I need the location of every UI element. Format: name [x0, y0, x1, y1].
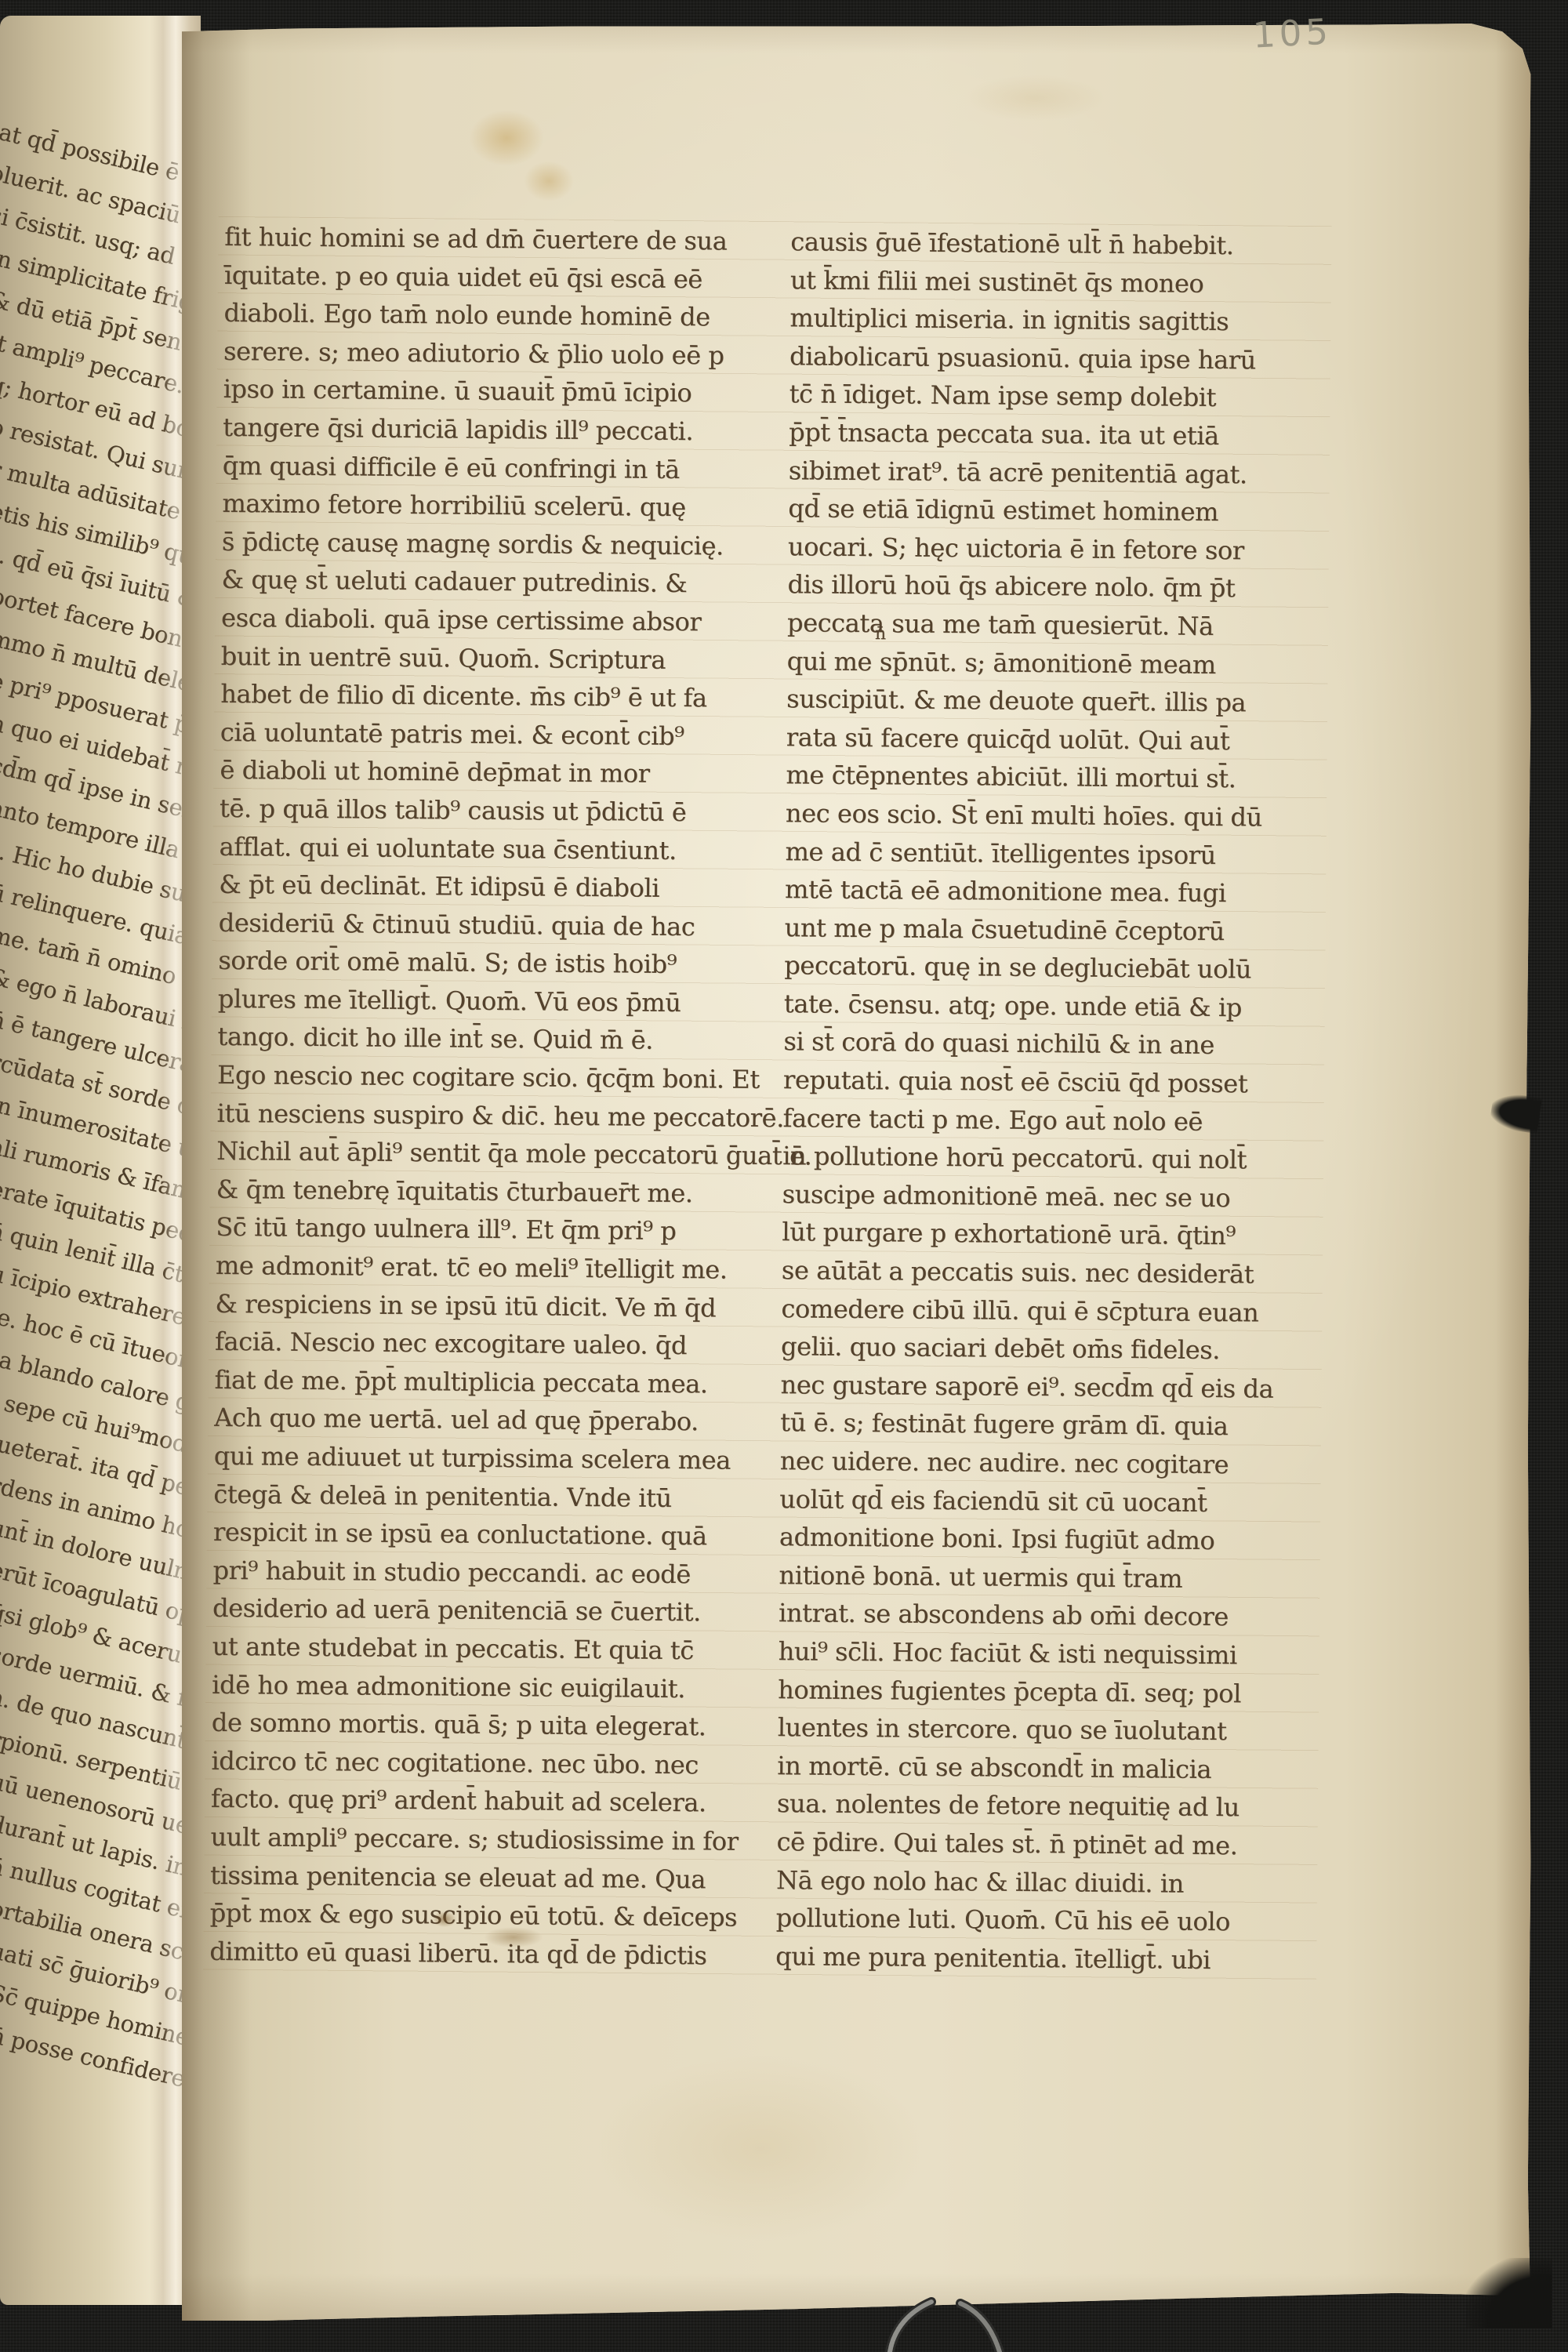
manuscript-line: q̄m quasi difficile ē eū confringi in tā: [223, 446, 731, 488]
photograph-of-open-book: { "page": { "folio_number": "105", "kind…: [0, 0, 1568, 2352]
manuscript-line: c̄tegā & deleā in penitentia. Vnde itū: [213, 1475, 721, 1517]
manuscript-line: facto. quę pri⁹ ardent̄ habuit ad sceler…: [211, 1780, 719, 1822]
manuscript-line: īquitate. p eo quia uidet eū q̄si escā e…: [224, 256, 732, 299]
manuscript-line: Ach quo me uertā. uel ad quę p̄perabo.: [214, 1399, 722, 1441]
manuscript-line: uult ampli⁹ peccare. s; studiosissime in…: [210, 1818, 718, 1860]
manuscript-line: nec gustare saporē ei⁹. secd̄m qd̄ eis d…: [780, 1366, 1307, 1408]
manuscript-line: cē p̄dire. Qui tales st̄. n̄ ptinēt ad m…: [776, 1823, 1303, 1865]
manuscript-line: si st̄ corā do quasi nichilū & in ane: [783, 1023, 1310, 1065]
manuscript-line: faciā. Nescio nec excogitare ualeo. q̄d: [215, 1323, 723, 1365]
manuscript-line: Sc̄ itū tango uulnera ill⁹. Et q̄m pri⁹ …: [216, 1208, 724, 1250]
manuscript-line: ut ante studebat in peccatis. Et quia tc…: [212, 1628, 720, 1670]
manuscript-line: hui⁹ sc̄li. Hoc faciūt & isti nequissimi: [778, 1632, 1305, 1675]
manuscript-line: luentes in stercore. quo se īuolutant: [778, 1708, 1305, 1751]
manuscript-line: unt me p mala c̄suetudinē c̄ceptorū: [785, 909, 1312, 951]
manuscript-line: lūt purgare p exhortationē urā. q̄tin⁹: [782, 1214, 1308, 1256]
manuscript-line: desideriū & c̄tinuū studiū. quia de hac: [219, 904, 727, 946]
manuscript-line: ut k̄mi filii mei sustinēt q̄s moneo: [790, 261, 1317, 303]
page-holder-cords: [800, 2274, 1129, 2352]
facing-page-edge: tat qd̄ possibile ē fit q̄oluerit. ac sp…: [0, 16, 201, 2305]
manuscript-line: Ego nescio nec cogitare scio. q̄cq̄m bon…: [217, 1056, 725, 1098]
page-corner-shadow: [1466, 2258, 1552, 2328]
manuscript-line: suscipe admonitionē meā. nec se uo: [782, 1175, 1309, 1218]
manuscript-line: desiderio ad uerā penitenciā se c̄uertit…: [212, 1589, 720, 1632]
manuscript-line: suscipiūt. & me deuote quer̄t. illis pa: [786, 680, 1313, 722]
manuscript-line: qui me pura penitentia. ītelligt̄. ubi: [775, 1937, 1302, 1980]
manuscript-line: esca diaboli. quā ipse certissime absor: [221, 599, 729, 641]
manuscript-line: s̄ p̄dictę causę magnę sordis & nequicię…: [222, 523, 730, 565]
manuscript-line: afflat. qui ei uoluntate sua c̄sentiunt.: [219, 827, 727, 869]
manuscript-line: respicit in se ipsū ea conluctatione. qu…: [213, 1513, 721, 1555]
manuscript-line: causis ḡuē īfestationē ult̄ n̄ habebit.: [790, 223, 1317, 265]
manuscript-line: sua. nolentes de fetore nequitię ad lu: [777, 1784, 1304, 1827]
manuscript-line: intrat. se abscondens ab om̄i decore: [779, 1595, 1305, 1637]
manuscript-line: se aūtāt a peccatis suis. nec desiderāt: [782, 1251, 1308, 1294]
manuscript-line: idcirco tc̄ nec cogitatione. nec ūbo. ne…: [211, 1742, 719, 1784]
manuscript-line: comedere cibū illū. qui ē sc̄ptura euan: [781, 1290, 1308, 1332]
manuscript-line: fiat de me. p̄pt̄ multiplicia peccata me…: [214, 1361, 722, 1403]
manuscript-line: & respiciens in se ipsū itū dicit. Ve m̄…: [215, 1284, 723, 1327]
manuscript-line: ciā uoluntatē patris mei. & econt̄ cib⁹: [220, 713, 728, 756]
manuscript-line: sorde orit̄ omē malū. S; de istis hoib⁹: [218, 942, 726, 984]
manuscript-line: in mortē. cū se abscondt̄ in malicia: [777, 1747, 1304, 1789]
manuscript-line: p̄pt̄ t̄nsacta peccata sua. ita ut etiā: [789, 413, 1316, 456]
page-writing-area: fit huic homini se ad dm̄ c̄uertere de s…: [172, 18, 1542, 2327]
manuscript-line: mtē tactā eē admonitione mea. fugi: [785, 870, 1312, 913]
manuscript-line: serere. s; meo adiutorio & p̄lio uolo eē…: [223, 332, 731, 375]
manuscript-line: dimitto eū quasi liberū. ita qd̄ de p̄di…: [209, 1933, 717, 1975]
manuscript-page: fit huic homini se ad dm̄ c̄uertere de s…: [182, 24, 1532, 2321]
manuscript-line: ipso in certamine. ū suauit̄ p̄mū īcipio: [223, 370, 731, 412]
manuscript-line: ē diaboli ut hominē dep̄mat in mor: [220, 751, 728, 793]
manuscript-line: uocari. S; hęc uictoria ē in fetore sor: [788, 528, 1315, 570]
manuscript-line: & p̄t eū declināt. Et idipsū ē diaboli: [219, 866, 727, 908]
manuscript-line: me c̄tēpnentes abiciūt. illi mortui st̄.: [786, 757, 1312, 799]
manuscript-line: tē. p quā illos talib⁹ causis ut p̄dictū…: [220, 789, 728, 832]
manuscript-line: tc̄ n̄ īdiget. Nam ipse semp dolebit: [789, 376, 1316, 418]
manuscript-line: pollutione luti. Quom̄. Cū his eē uolo: [775, 1899, 1302, 1941]
manuscript-line: tissima penitencia se eleuat ad me. Qua: [210, 1856, 718, 1898]
manuscript-line: p̄pt̄ mox & ego suscipio eū totū. & deīc…: [210, 1894, 718, 1936]
manuscript-line: tangere q̄si duriciā lapidis ill⁹ peccat…: [223, 408, 731, 451]
page-edge-tear: [1489, 1091, 1542, 1134]
manuscript-line: nitionē bonā. ut uermis qui t̄ram: [779, 1556, 1305, 1599]
manuscript-line: qd̄ se etiā īdignū estimet hominem: [788, 489, 1315, 532]
manuscript-line: qui me sp̄nūt. s; āmonitionē meam: [786, 642, 1313, 684]
manuscript-line: & quę st̄ ueluti cadauer putredinis. &: [221, 561, 729, 603]
manuscript-line: maximo fetore horribiliū scelerū. quę: [222, 485, 730, 527]
manuscript-line: homines fugientes p̄cepta dī. seq; pol: [778, 1671, 1305, 1713]
manuscript-line: habet de filio dī dicente. m̄s cib⁹ ē ut…: [220, 675, 728, 717]
manuscript-line: peccatorū. quę in se degluciebāt uolū: [784, 946, 1311, 989]
manuscript-line: nec eos scio. St̄ enī multi hoīes. qui d…: [786, 794, 1312, 837]
manuscript-line: de somno mortis. quā s̄; p uita elegerat…: [212, 1704, 720, 1746]
manuscript-line: qui me adiuuet ut turpissima scelera mea: [214, 1437, 722, 1479]
manuscript-line: admonitione boni. Ipsi fugiūt admo: [779, 1518, 1306, 1560]
facing-page-text: tat qd̄ possibile ē fit q̄oluerit. ac sp…: [0, 108, 201, 2056]
manuscript-line: plures me ītelligt̄. Quom̄. Vū eos p̄mū: [218, 980, 726, 1022]
manuscript-line: diabolicarū psuasionū. quia ipse harū: [789, 337, 1316, 379]
interlinear-correction: n̄: [875, 624, 886, 644]
manuscript-line: pri⁹ habuit in studio peccandi. ac eodē: [212, 1552, 720, 1594]
manuscript-line: facere tacti p me. Ego aut̄ nolo eē: [782, 1099, 1309, 1142]
manuscript-line: peccata sua me tam̄ quesierūt. Nā: [787, 604, 1314, 646]
manuscript-line: nec uidere. nec audire. nec cogitare: [780, 1442, 1307, 1484]
manuscript-line: buit in uentrē suū. Quom̄. Scriptura: [221, 637, 729, 679]
manuscript-line: me admonit⁹ erat. tc̄ eo meli⁹ ītelligit…: [216, 1247, 724, 1289]
manuscript-line: dis illorū hoū q̄s abicere nolo. q̄m p̄t: [787, 566, 1314, 608]
manuscript-line: Nichil aut̄ āpli⁹ sentit q̄a mole peccat…: [216, 1132, 724, 1174]
folio-number: 105: [1252, 10, 1334, 56]
manuscript-line: tate. c̄sensu. atq; ope. unde etiā & ip: [784, 985, 1311, 1027]
manuscript-line: multiplici miseria. in ignitis sagittis: [789, 299, 1316, 341]
manuscript-line: idē ho mea admonitione sic euigilauit.: [212, 1665, 720, 1708]
manuscript-line: & q̄m tenebrę īquitatis c̄turbauer̄t me.: [216, 1171, 724, 1213]
manuscript-line: me ad c̄ sentiūt. ītelligentes ipsorū: [785, 833, 1312, 875]
manuscript-line: tango. dicit ho ille int̄ se. Quid m̄ ē.: [217, 1018, 725, 1060]
manuscript-line: reputati. quia nost̄ eē c̄sciū q̄d posse…: [783, 1061, 1310, 1103]
manuscript-line: rata sū facere quicq̄d uolūt. Qui aut̄: [786, 718, 1313, 760]
text-column-right: causis ḡuē īfestationē ult̄ n̄ habebit.u…: [775, 223, 1317, 1980]
manuscript-line: sibimet irat⁹. tā acrē penitentiā agat.: [789, 452, 1316, 494]
manuscript-line: fit huic homini se ad dm̄ c̄uertere de s…: [224, 218, 732, 260]
manuscript-line: itū nesciens suspiro & dic̄. heu me pecc…: [216, 1094, 724, 1137]
text-column-left: fit huic homini se ad dm̄ c̄uertere de s…: [209, 218, 732, 1975]
manuscript-line: tū ē. s; festināt fugere grām dī. quia: [780, 1404, 1307, 1446]
manuscript-line: Nā ego nolo hac & illac diuidi. in: [776, 1861, 1303, 1904]
manuscript-line: diaboli. Ego tam̄ nolo eunde hominē de: [223, 294, 731, 336]
manuscript-line: in pollutione horū peccatorū. qui nolt̄: [782, 1137, 1309, 1179]
manuscript-line: uolūt qd̄ eis faciendū sit cū uocant̄: [779, 1480, 1306, 1523]
manuscript-line: gelii. quo saciari debēt om̄s fideles.: [781, 1327, 1308, 1370]
